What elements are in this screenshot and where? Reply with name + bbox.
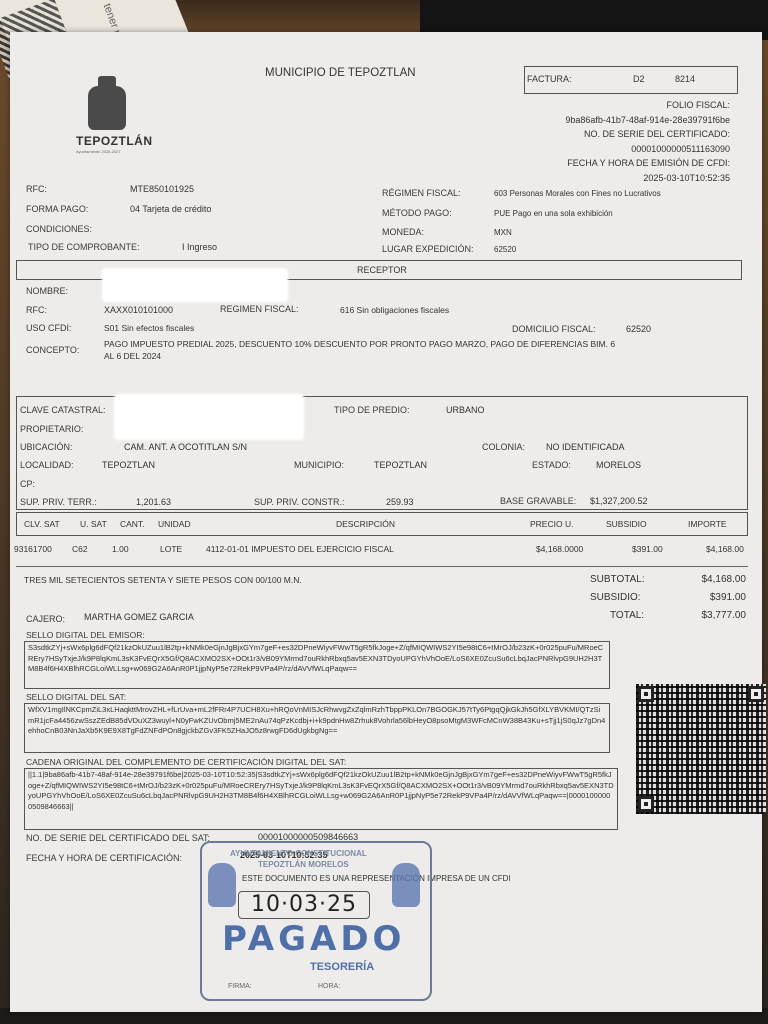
cadena-original-label: CADENA ORIGINAL DEL COMPLEMENTO DE CERTI… <box>26 757 346 767</box>
serie-sat-label: NO. DE SERIE DEL CERTIFICADO DEL SAT: <box>26 833 210 843</box>
items-cell: 1.00 <box>112 544 129 554</box>
factura-label: FACTURA: <box>527 74 572 84</box>
factura-serie: D2 <box>633 74 645 84</box>
subsidio-label: SUBSIDIO: <box>590 592 641 603</box>
propietario-label: PROPIETARIO: <box>20 424 83 434</box>
forma-pago-label: FORMA PAGO: <box>26 204 88 214</box>
municipio: TEPOZTLAN <box>374 460 427 470</box>
fecha-emision: 2025-03-10T10:52:35 <box>643 173 730 183</box>
items-cell: $4,168.0000 <box>536 544 583 554</box>
redacted-clave-propietario <box>114 394 304 440</box>
cajero: MARTHA GOMEZ GARCIA <box>84 612 194 622</box>
moneda-label: MONEDA: <box>382 227 424 237</box>
items-header-cell: DESCRIPCIÓN <box>336 519 395 529</box>
base-gravable-label: BASE GRAVABLE: <box>500 496 576 506</box>
estado: MORELOS <box>596 460 641 470</box>
items-cell: $4,168.00 <box>706 544 744 554</box>
items-header-cell: CANT. <box>120 519 145 529</box>
stamp-emblem-icon <box>208 863 236 907</box>
receptor-regimen-label: REGIMEN FISCAL: <box>220 304 299 314</box>
estado-label: ESTADO: <box>532 460 571 470</box>
fecha-certificacion-label: FECHA Y HORA DE CERTIFICACIÓN: <box>26 853 182 863</box>
items-cell: 4112-01-01 IMPUESTO DEL EJERCICIO FISCAL <box>206 544 394 554</box>
items-header-cell: SUBSIDIO <box>606 519 647 529</box>
receptor-rfc: XAXX010101000 <box>104 305 173 315</box>
municipio-label: MUNICIPIO: <box>294 460 344 470</box>
uso-cfdi-label: USO CFDI: <box>26 323 72 333</box>
tipo-comprobante-label: TIPO DE COMPROBANTE: <box>28 242 140 252</box>
items-divider <box>16 566 748 567</box>
paid-stamp: AYUNTAMIENTO CONSTITUCIONAL TEPOZTLÁN MO… <box>200 841 432 1001</box>
sello-sat-label: SELLO DIGITAL DEL SAT: <box>26 692 126 702</box>
serie-certificado: 00001000000511163090 <box>631 144 730 154</box>
localidad: TEPOZTLAN <box>102 460 155 470</box>
serie-certificado-label: NO. DE SERIE DEL CERTIFICADO: <box>584 129 730 139</box>
items-header-cell: IMPORTE <box>688 519 727 529</box>
cp-label: CP: <box>20 479 35 489</box>
colonia: NO IDENTIFICADA <box>546 442 625 452</box>
qr-finder-icon <box>638 796 654 812</box>
clave-catastral-label: CLAVE CATASTRAL: <box>20 405 106 415</box>
subtotal-label: SUBTOTAL: <box>590 574 645 585</box>
municipality-logo: TEPOZTLÁN Ayuntamiento 2025-2027 <box>76 76 138 166</box>
logo-subtitle: Ayuntamiento 2025-2027 <box>76 149 121 154</box>
sello-sat: WfXV1mgIlNKCpmZiL3xLHaqkttMrovZHL+fLrUva… <box>24 703 610 753</box>
tipo-predio-label: TIPO DE PREDIO: <box>334 405 410 415</box>
items-header-cell: U. SAT <box>80 519 107 529</box>
total: $3,777.00 <box>702 610 747 621</box>
condiciones-label: CONDICIONES: <box>26 224 92 234</box>
moneda: MXN <box>494 228 512 237</box>
stamp-emblem-icon <box>392 863 420 907</box>
items-header-cell: PRECIO U. <box>530 519 573 529</box>
items-header-cell: UNIDAD <box>158 519 191 529</box>
ubicacion-label: UBICACIÓN: <box>20 442 73 452</box>
concepto-line-2: AL 6 DEL 2024 <box>104 351 161 361</box>
subsidio: $391.00 <box>710 592 746 603</box>
subtotal: $4,168.00 <box>702 574 747 585</box>
sup-terr: 1,201.63 <box>136 497 171 507</box>
metodo-pago-label: MÉTODO PAGO: <box>382 208 452 218</box>
items-cell: C62 <box>72 544 88 554</box>
qr-finder-icon <box>748 686 764 702</box>
factura-folio: 8214 <box>675 74 695 84</box>
sello-emisor-label: SELLO DIGITAL DEL EMISOR: <box>26 630 145 640</box>
items-cell: LOTE <box>160 544 182 554</box>
sello-emisor: S3sdtkZYj+sWx6plg6dFQf21kzOkUZuu1lB2tp+k… <box>24 641 610 689</box>
receptor-title: RECEPTOR <box>357 265 407 275</box>
tipo-comprobante: I Ingreso <box>182 242 217 252</box>
tipo-predio: URBANO <box>446 405 485 415</box>
cfdi-qr-code <box>636 684 766 814</box>
receptor-rfc-label: RFC: <box>26 305 47 315</box>
total-in-words: TRES MIL SETECIENTOS SETENTA Y SIETE PES… <box>24 575 302 585</box>
stamp-firma-label: FIRMA: <box>228 983 252 990</box>
lugar-expedicion-label: LUGAR EXPEDICIÓN: <box>382 244 474 254</box>
regimen-fiscal-label: RÉGIMEN FISCAL: <box>382 188 461 198</box>
domicilio-fiscal-label: DOMICILIO FISCAL: <box>512 324 596 334</box>
folio-fiscal: 9ba86afb-41b7-48af-914e-28e39791f6be <box>565 115 730 125</box>
emisor-rfc-label: RFC: <box>26 184 47 194</box>
lugar-expedicion: 62520 <box>494 245 516 254</box>
base-gravable: $1,327,200.52 <box>590 496 648 506</box>
sup-terr-label: SUP. PRIV. TERR.: <box>20 497 97 507</box>
sup-constr: 259.93 <box>386 497 414 507</box>
stamp-status: PAGADO <box>222 919 405 959</box>
ubicacion: CAM. ANT. A OCOTITLAN S/N <box>124 442 247 452</box>
colonia-label: COLONIA: <box>482 442 525 452</box>
fecha-emision-label: FECHA Y HORA DE EMISIÓN DE CFDI: <box>567 158 730 168</box>
stamp-department: TESORERÍA <box>310 961 374 973</box>
stamp-hora-label: HORA: <box>318 983 340 990</box>
cadena-original: ||1.1|9ba86afb-41b7-48af-914e-28e39791f6… <box>24 768 618 830</box>
uso-cfdi: S01 Sin efectos fiscales <box>104 323 194 333</box>
metodo-pago: PUE Pago en una sola exhibición <box>494 209 613 218</box>
items-cell: $391.00 <box>632 544 663 554</box>
concepto-line-1: PAGO IMPUESTO PREDIAL 2025, DESCUENTO 10… <box>104 339 615 349</box>
stamp-ayuntamiento: AYUNTAMIENTO CONSTITUCIONAL <box>230 849 367 858</box>
localidad-label: LOCALIDAD: <box>20 460 74 470</box>
redacted-name <box>102 268 288 302</box>
issuer-title: MUNICIPIO DE TEPOZTLAN <box>265 67 416 79</box>
qr-finder-icon <box>638 686 654 702</box>
stamp-location: TEPOZTLÁN MORELOS <box>258 860 349 869</box>
logo-name: TEPOZTLÁN <box>76 134 153 148</box>
sup-constr-label: SUP. PRIV. CONSTR.: <box>254 497 345 507</box>
regimen-fiscal: 603 Personas Morales con Fines no Lucrat… <box>494 189 661 198</box>
folio-fiscal-label: FOLIO FISCAL: <box>666 100 730 110</box>
emisor-rfc: MTE850101925 <box>130 184 194 194</box>
concepto-label: CONCEPTO: <box>26 345 79 355</box>
total-label: TOTAL: <box>610 610 644 621</box>
items-header-cell: CLV. SAT <box>24 519 60 529</box>
stamp-handwritten-date: 10·03·25 <box>238 891 370 919</box>
receptor-nombre-label: NOMBRE: <box>26 286 68 296</box>
items-cell: 93161700 <box>14 544 52 554</box>
receptor-regimen: 616 Sin obligaciones fiscales <box>340 305 449 315</box>
domicilio-fiscal: 62520 <box>626 324 651 334</box>
cajero-label: CAJERO: <box>26 614 65 624</box>
forma-pago: 04 Tarjeta de crédito <box>130 204 211 214</box>
invoice-number-box: FACTURA: D2 8214 <box>524 66 738 94</box>
coat-of-arms-icon <box>88 86 126 130</box>
